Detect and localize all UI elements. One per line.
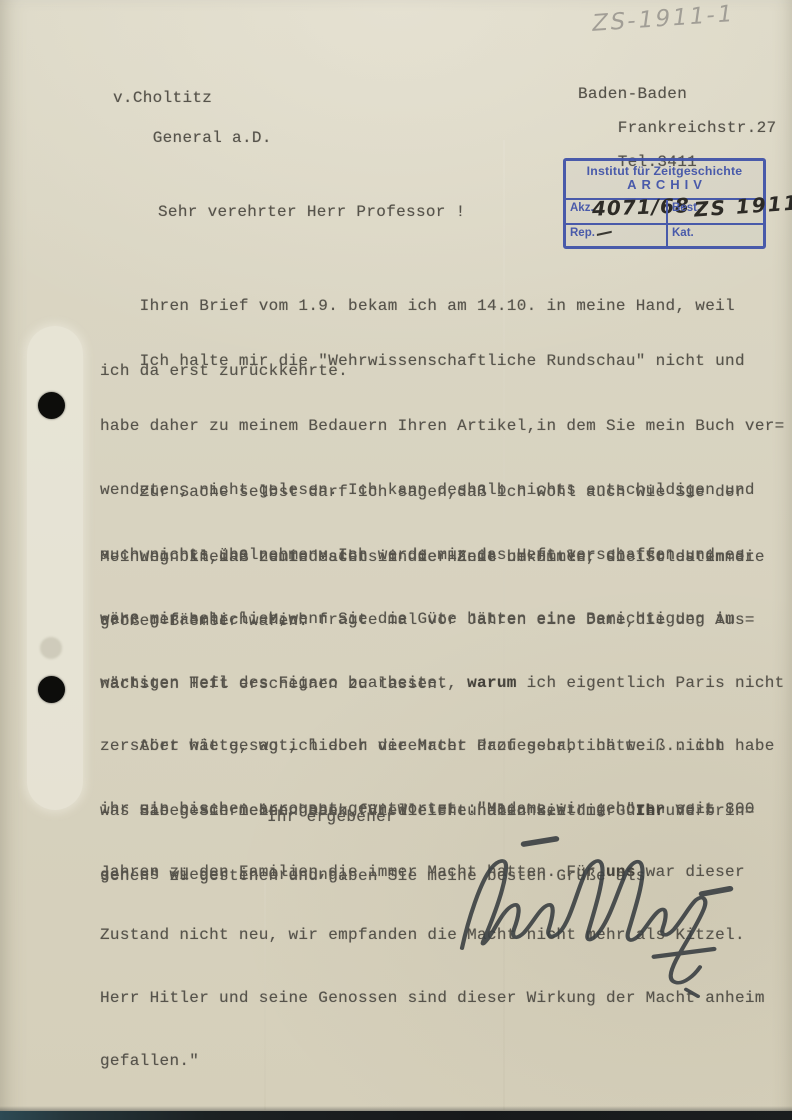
typewritten-line: Wenn kleine Leute Macht in die Hände bek…: [100, 547, 785, 568]
sender-title: General a.D.: [153, 129, 272, 147]
typewritten-line: gefallen.": [100, 1051, 785, 1072]
archive-stamp: Institut für Zeitgeschichte ARCHIV Akz. …: [563, 158, 766, 249]
address-line: Frankreichstr.27: [618, 119, 777, 137]
salutation: Sehr verehrter Herr Professor !: [158, 202, 466, 224]
punch-hole: [38, 676, 65, 703]
stamp-field-rep: Rep. —: [566, 223, 666, 246]
stamp-title: Institut für Zeitgeschichte: [566, 161, 763, 178]
stamp-akz-label: Akz.: [570, 202, 594, 214]
typewritten-line: sehr gefährlich. Mich fragte mal vor Jah…: [100, 610, 785, 631]
stamp-subtitle: ARCHIV: [566, 177, 763, 192]
typewritten-line: Aber wie gesagt, lieber verehrter Profes…: [100, 736, 755, 758]
typewritten-line: habe daher zu meinem Bedauern Ihren Arti…: [100, 416, 785, 438]
stamp-best-handwritten-value: ZS 1911: [693, 190, 792, 221]
typewritten-line: Ich halte mir die "Wehrwissenschaftliche…: [100, 351, 785, 373]
typewritten-line: Zur Sache selbst darf ich sagen,daß ich …: [100, 482, 765, 504]
stamp-rep-handwritten-mark: —: [594, 221, 615, 244]
scan-bottom-edge: [0, 1111, 792, 1120]
punch-hole: [38, 392, 65, 419]
address-line: Baden-Baden: [578, 85, 687, 103]
stamp-field-kat: Kat.: [666, 223, 763, 246]
sender-block: v.Choltitz General a.D.: [113, 88, 272, 168]
typewritten-line: wärtigen Teil des Figaro bearbeitet, war…: [100, 673, 785, 694]
paper-crease: [264, 880, 266, 1110]
stamp-rep-label: Rep.: [570, 227, 595, 239]
paper-crease: [503, 140, 505, 1110]
stamp-field-best: Best. ZS 1911: [666, 200, 763, 223]
sender-name: v.Choltitz: [113, 89, 212, 107]
closing-line: Ihr ergebener: [267, 807, 396, 829]
stamp-field-akz: Akz. 4071/68: [566, 200, 666, 223]
pencil-archive-note: ZS-1911-1: [590, 1, 736, 37]
signature-scrawl: [440, 820, 740, 1020]
letter-page: ZS-1911-1 v.Choltitz General a.D. Baden-…: [0, 0, 792, 1120]
stamp-kat-label: Kat.: [672, 227, 694, 239]
punch-hole-ghost: [40, 637, 62, 659]
stamp-field-grid: Akz. 4071/68 Best. ZS 1911 Rep. — Kat.: [566, 198, 763, 246]
